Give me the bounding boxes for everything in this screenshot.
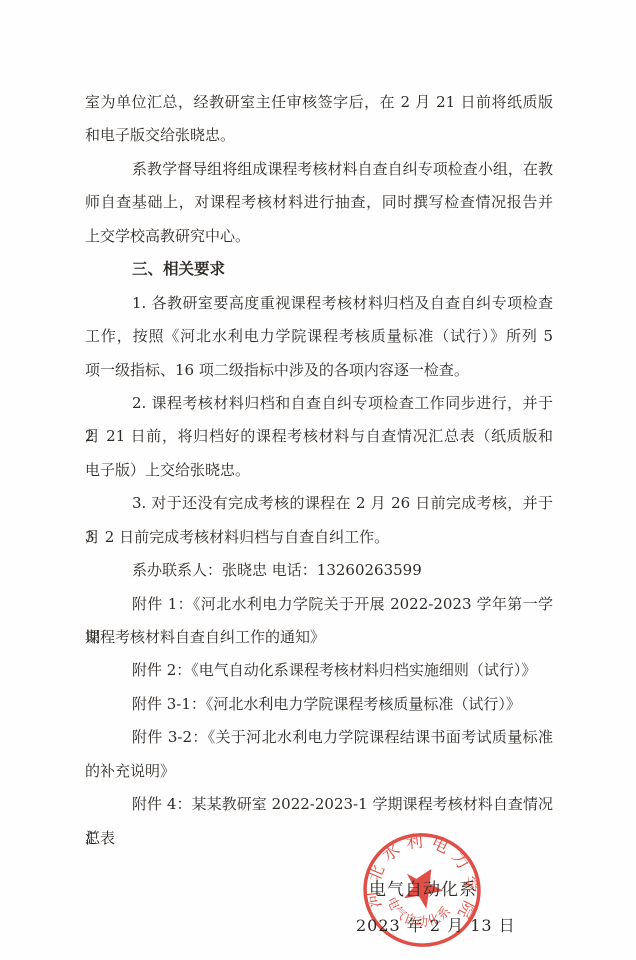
- text-line: 月 2 日前完成考核材料归档与自查自纠工作。: [85, 521, 553, 554]
- text-line: 电子版）上交给张晓忠。: [85, 454, 553, 487]
- text-line: 系办联系人：张晓忠 电话：13260263599: [85, 554, 553, 587]
- text-line: 附件 4：某某教研室 2022-2023-1 学期课程考核材料自查情况汇: [85, 788, 553, 821]
- document-page: 室为单位汇总，经教研室主任审核签字后，在 2 月 21 日前将纸质版和电子版交给…: [0, 0, 636, 960]
- text-line: 课程考核材料自查自纠工作的通知》: [85, 621, 553, 654]
- text-line: 2. 课程考核材料归档和自查自纠专项检查工作同步进行，并于 2: [85, 387, 553, 420]
- text-line: 附件 3-1：《河北水利电力学院课程考核质量标准（试行）》: [85, 688, 553, 721]
- signature-date: 2023 年 2 月 13 日: [356, 913, 516, 936]
- text-line: 1. 各教研室要高度重视课程考核材料归档及自查自纠专项检查: [85, 287, 553, 320]
- text-line: 师自查基础上，对课程考核材料进行抽查，同时撰写检查情况报告并: [85, 186, 553, 219]
- text-line: 三、相关要求: [85, 253, 553, 286]
- text-line: 工作，按照《河北水利电力学院课程考核质量标准（试行）》所列 5: [85, 320, 553, 353]
- text-line: 系教学督导组将组成课程考核材料自查自纠专项检查小组，在教: [85, 153, 553, 186]
- text-line: 附件 2：《电气自动化系课程考核材料归档实施细则（试行）》: [85, 654, 553, 687]
- text-line: 的补充说明》: [85, 755, 553, 788]
- document-body: 室为单位汇总，经教研室主任审核签字后，在 2 月 21 日前将纸质版和电子版交给…: [85, 86, 553, 855]
- text-line: 月 21 日前，将归档好的课程考核材料与自查情况汇总表（纸质版和: [85, 420, 553, 453]
- signature-department: 电气自动化系: [369, 875, 477, 900]
- text-line: 3. 对于还没有完成考核的课程在 2 月 26 日前完成考核，并于 3: [85, 487, 553, 520]
- text-line: 附件 3-2：《关于河北水利电力学院课程结课书面考试质量标准: [85, 721, 553, 754]
- text-line: 项一级指标、16 项二级指标中涉及的各项内容逐一检查。: [85, 354, 553, 387]
- text-line: 上交学校高教研究中心。: [85, 220, 553, 253]
- text-line: 和电子版交给张晓忠。: [85, 119, 553, 152]
- text-line: 室为单位汇总，经教研室主任审核签字后，在 2 月 21 日前将纸质版: [85, 86, 553, 119]
- text-line: 附件 1：《河北水利电力学院关于开展 2022-2023 学年第一学期: [85, 588, 553, 621]
